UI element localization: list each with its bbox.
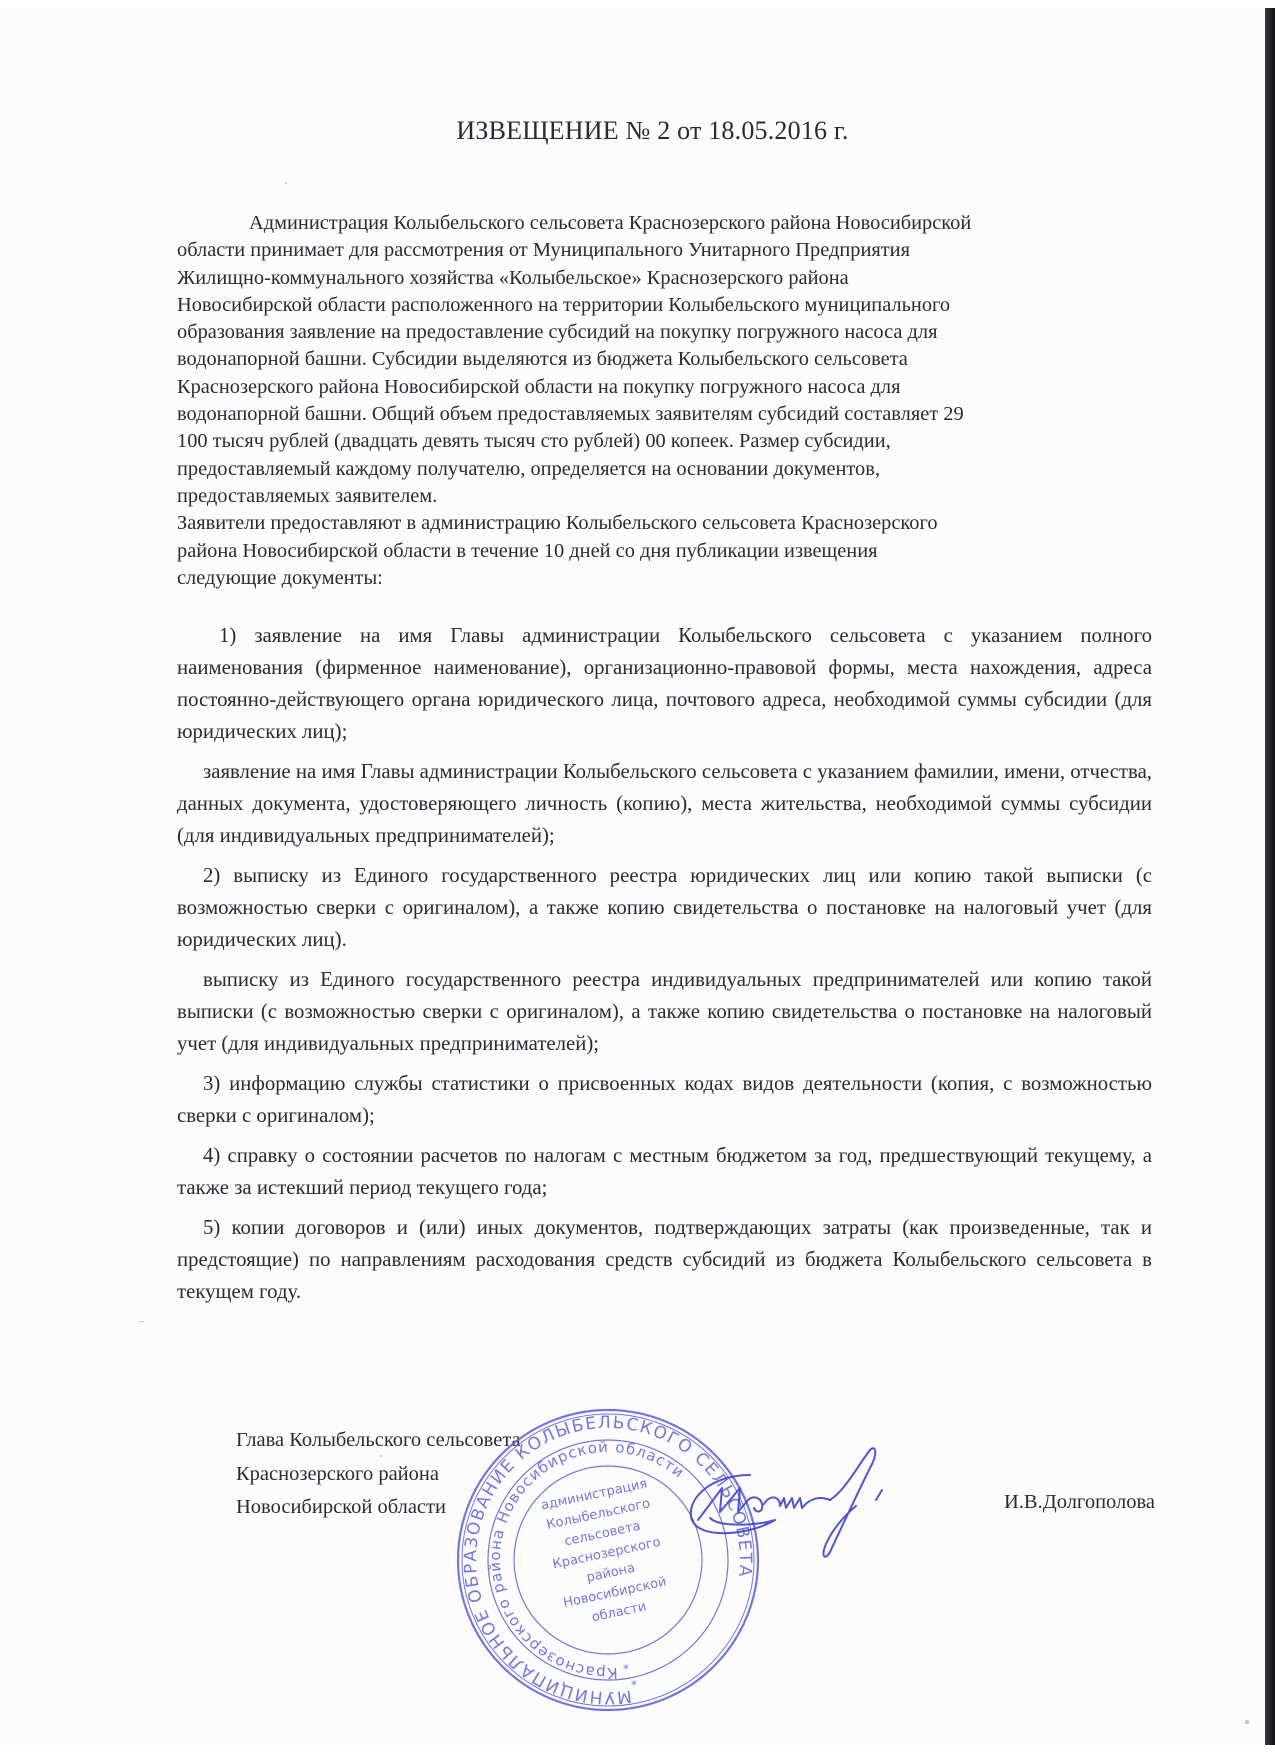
intro-line: следующие документы:: [177, 565, 1152, 592]
list-item: 2) выписку из Единого государственного р…: [177, 860, 1152, 956]
intro-line: Краснозерского района Новосибирской обла…: [177, 374, 1152, 401]
document-page: ИЗВЕЩЕНИЕ № 2 от 18.05.2016 г. Администр…: [0, 0, 1265, 1745]
required-documents-list: 1) заявление на имя Главы администрации …: [177, 620, 1152, 1316]
handwritten-signature-icon: [680, 1440, 940, 1570]
intro-line: Новосибирской области расположенного на …: [177, 292, 1152, 319]
svg-text:*: *: [631, 1678, 637, 1692]
scan-speck: [138, 1321, 144, 1322]
scan-speck: [1245, 1720, 1249, 1724]
scan-speck: [380, 1455, 382, 1457]
intro-line: Заявители предоставляют в администрацию …: [177, 510, 1152, 537]
list-item: 3) информацию службы статистики о присво…: [177, 1068, 1152, 1132]
list-item: 1) заявление на имя Главы администрации …: [177, 620, 1152, 748]
intro-line: Администрация Колыбельского сельсовета К…: [177, 210, 1152, 237]
intro-line: предоставляемых заявителем.: [177, 483, 1152, 510]
intro-line: водонапорной башни. Субсидии выделяются …: [177, 346, 1152, 373]
list-item: выписку из Единого государственного реес…: [177, 964, 1152, 1060]
intro-line: образования заявление на предоставление …: [177, 319, 1152, 346]
scan-right-edge: [1265, 8, 1275, 1745]
intro-line: области принимает для рассмотрения от Му…: [177, 237, 1152, 264]
scan-bottom-margin: [0, 1745, 1275, 1754]
document-title: ИЗВЕЩЕНИЕ № 2 от 18.05.2016 г.: [0, 116, 1265, 146]
scan-speck: [285, 182, 287, 184]
intro-paragraph: Администрация Колыбельского сельсовета К…: [177, 210, 1152, 592]
list-item: 4) справку о состоянии расчетов по налог…: [177, 1140, 1152, 1204]
list-item: 5) копии договоров и (или) иных документ…: [177, 1212, 1152, 1308]
intro-line: 100 тысяч рублей (двадцать девять тысяч …: [177, 428, 1152, 455]
intro-line: района Новосибирской области в течение 1…: [177, 538, 1152, 565]
signer-name: И.В.Долгополова: [1004, 1491, 1155, 1514]
intro-line: предоставляемый каждому получателю, опре…: [177, 456, 1152, 483]
list-item: заявление на имя Главы администрации Кол…: [177, 756, 1152, 852]
intro-line: Жилищно-коммунального хозяйства «Колыбел…: [177, 265, 1152, 292]
intro-line: водонапорной башни. Общий объем предоста…: [177, 401, 1152, 428]
svg-text:*: *: [623, 1662, 629, 1676]
